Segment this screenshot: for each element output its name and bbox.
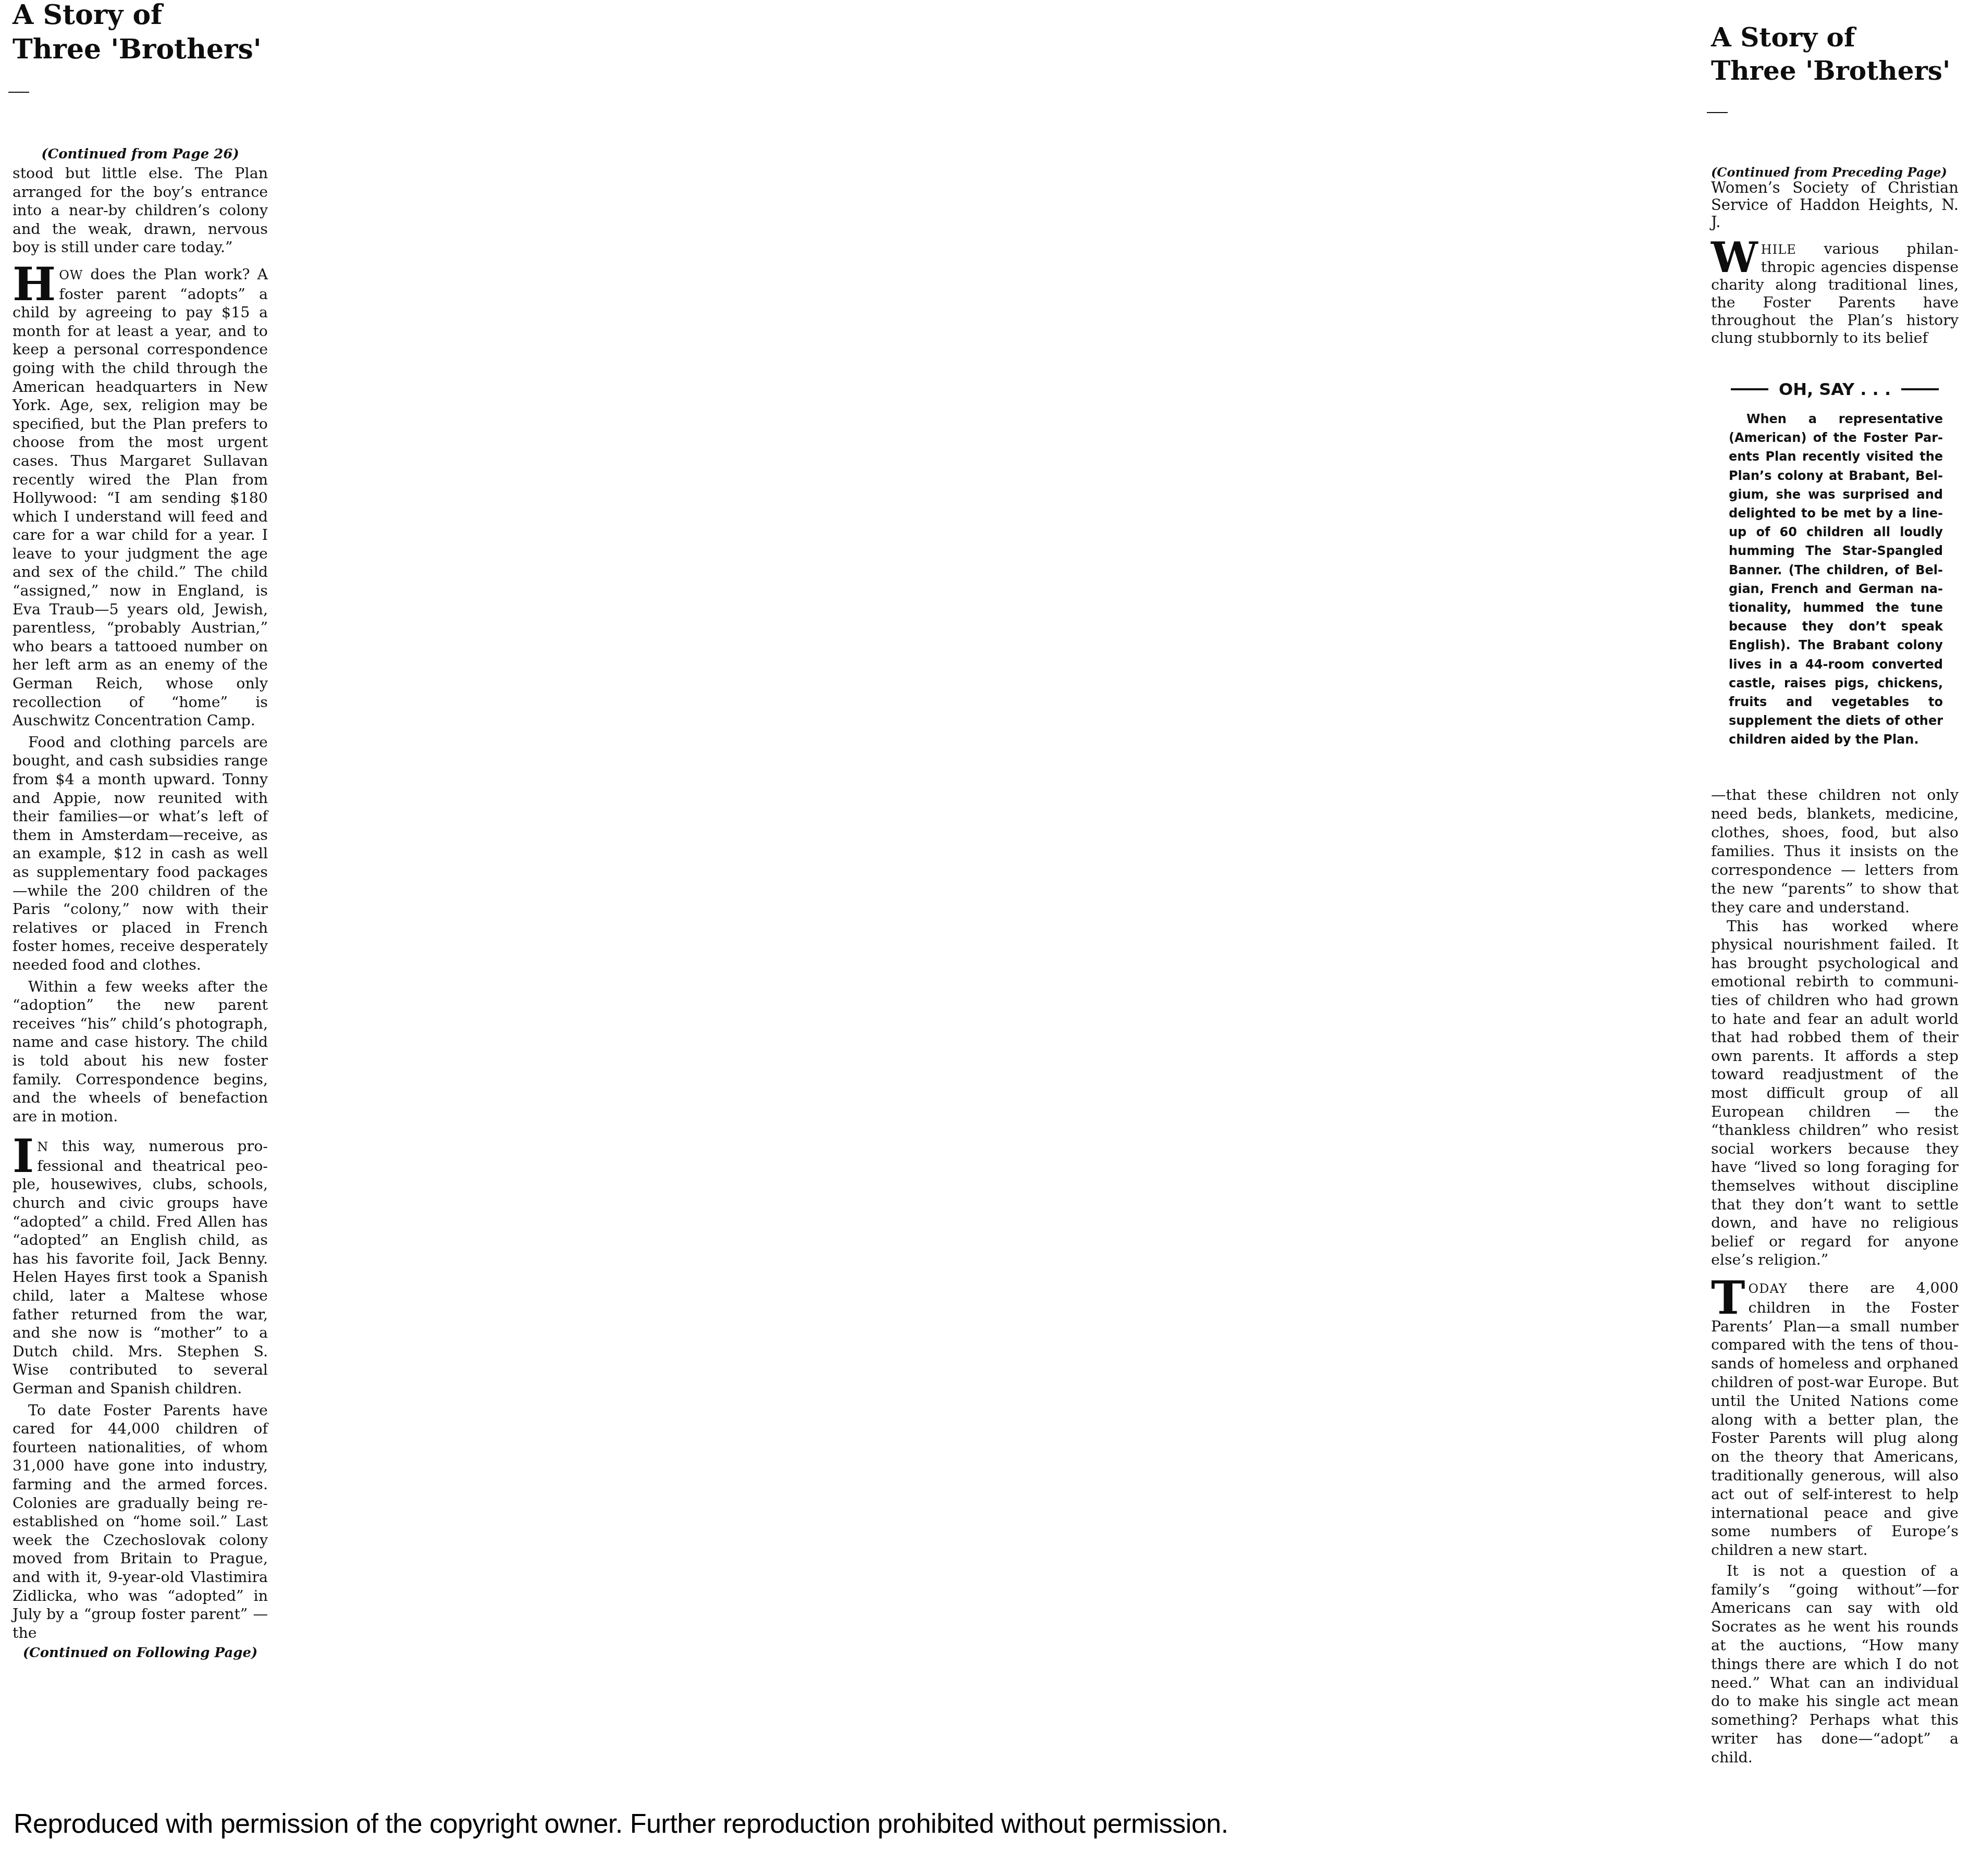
dropcap-t: T [1711, 1280, 1745, 1315]
right-headline-line2: Three 'Brothers' [1711, 55, 1950, 86]
right-headline: A Story of Three 'Brothers' [1711, 21, 1959, 121]
right-paragraph-2: WHILE various philan­thropic agencies di… [1711, 240, 1959, 347]
sidebar-body: When a representative (American) of the … [1729, 410, 1943, 749]
headline-rule [1707, 112, 1728, 113]
left-article-column: A Story of Three 'Brothers' (Continued f… [13, 0, 268, 1662]
copyright-notice: Reproduced with permission of the copyri… [14, 1808, 1228, 1840]
sidebar-title: OH, SAY . . . [1711, 379, 1959, 399]
left-paragraph-1: stood but little else. The Plan arranged… [13, 164, 268, 257]
right-article-column: A Story of Three 'Brothers' (Continued f… [1711, 21, 1959, 1767]
dash-left [1731, 388, 1768, 390]
dropcap-i: I [13, 1138, 34, 1174]
left-p2-caps: OW [59, 268, 83, 282]
left-paragraph-2: HOW does the Plan work? A foster parent … [13, 265, 268, 730]
left-continued-from: (Continued from Page 26) [13, 145, 268, 163]
dropcap-h: H [13, 266, 56, 302]
left-headline-line2: Three 'Brothers' [13, 33, 262, 65]
right-paragraph-5: TODAY there are 4,000 children in the Fo… [1711, 1279, 1959, 1560]
oh-say-sidebar: OH, SAY . . . When a representative (Ame… [1711, 379, 1959, 749]
right-paragraph-4: This has worked where physical nourishme… [1711, 917, 1959, 1269]
left-p5-caps: N [37, 1140, 48, 1154]
right-p2-caps: HILE [1761, 242, 1796, 257]
left-headline: A Story of Three 'Brothers' [13, 0, 268, 101]
left-paragraph-4: Within a few weeks after the “adoption” … [13, 978, 268, 1126]
right-p5-rest: there are 4,000 children in the Foster P… [1711, 1279, 1959, 1559]
right-continued-from: (Continued from Preceding Page) [1711, 166, 1959, 179]
right-paragraph-1: Women’s Society of Christian Service of … [1711, 179, 1959, 231]
headline-rule [8, 92, 29, 93]
left-headline-line1: A Story of [13, 0, 162, 31]
right-p5-caps: ODAY [1748, 1281, 1787, 1296]
left-paragraph-6: To date Foster Parents have cared for 44… [13, 1401, 268, 1643]
left-p2-rest: does the Plan work? A foster parent “ado… [13, 266, 268, 729]
right-headline-line1: A Story of [1711, 22, 1855, 53]
left-p5-rest: this way, numerous pro­fessional and the… [13, 1138, 268, 1397]
left-paragraph-3: Food and clothing parcels are bought, an… [13, 733, 268, 974]
dash-right [1901, 388, 1939, 390]
right-paragraph-3: —that these children not only need beds,… [1711, 786, 1959, 917]
left-continued-on: (Continued on Following Page) [13, 1644, 268, 1662]
right-paragraph-6: It is not a question of a family’s “goin… [1711, 1562, 1959, 1767]
left-paragraph-5: IN this way, numerous pro­fessional and … [13, 1137, 268, 1398]
sidebar-title-text: OH, SAY . . . [1779, 379, 1891, 399]
dropcap-w: W [1711, 241, 1758, 274]
